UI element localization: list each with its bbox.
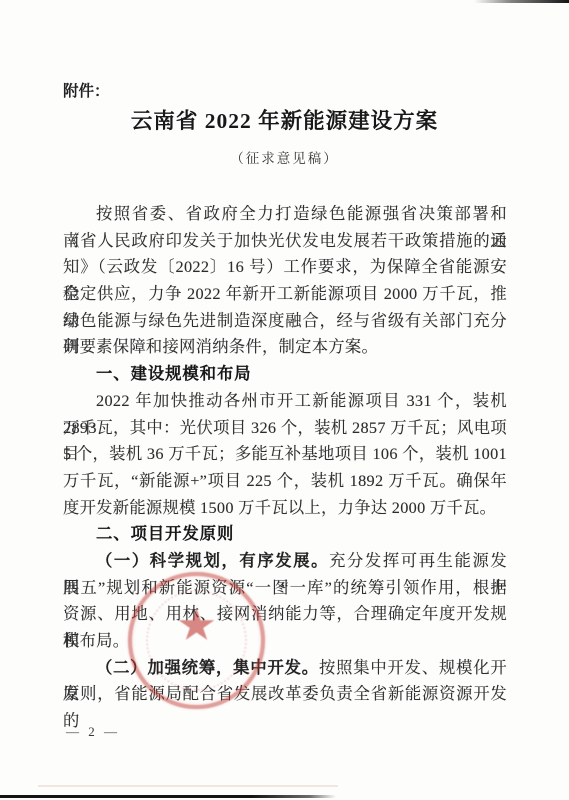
scan-artifact-top-right bbox=[474, 0, 569, 3]
paragraph-line: 按照省委、省政府全力打造绿色能源强省决策部署和《云 bbox=[63, 201, 507, 228]
paragraph-line: 判要素保障和接网消纳条件，制定本方案。 bbox=[63, 334, 507, 361]
paragraph-line: 四五”规划和新能源资源“一图一库”的统筹引领作用，根据 bbox=[63, 575, 507, 602]
document-body: 按照省委、省政府全力打造绿色能源强省决策部署和《云 南省人民政府印发关于加快光伏… bbox=[63, 201, 507, 708]
scan-artifact-bottom-line bbox=[0, 795, 336, 798]
section-heading-1: 一、建设规模和布局 bbox=[63, 361, 507, 388]
paragraph-line: 和布局。 bbox=[63, 628, 507, 655]
scan-artifact-smudge bbox=[38, 785, 338, 787]
document-title: 云南省 2022 年新能源建设方案 bbox=[0, 104, 569, 135]
paragraph-line: 2022 年加快推动各州市开工新能源项目 331 个，装机 2893 bbox=[63, 388, 507, 415]
paragraph-line: 万千瓦，“新能源+”项目 225 个，装机 1892 万千瓦。确保年 bbox=[63, 468, 507, 495]
paragraph-lead-bold: （一）科学规划，有序发展。 bbox=[96, 551, 329, 570]
paragraph-line: 稳定供应，力争 2022 年新开工新能源项目 2000 万千瓦，推动 bbox=[63, 281, 507, 308]
section-heading-2: 二、项目开发原则 bbox=[63, 521, 507, 548]
paragraph-line: （二）加强统筹，集中开发。按照集中开发、规模化开发 bbox=[63, 655, 507, 682]
scanned-document-page: 附件： 云南省 2022 年新能源建设方案 （征求意见稿） 按照省委、省政府全力… bbox=[0, 0, 569, 800]
attachment-label: 附件： bbox=[63, 79, 110, 101]
paragraph-line: 绿色能源与绿色先进制造深度融合，经与省级有关部门充分研 bbox=[63, 308, 507, 335]
document-subtitle: （征求意见稿） bbox=[0, 147, 569, 167]
paragraph-line: 万千瓦，其中：光伏项目 326 个，装机 2857 万千瓦；风电项目 bbox=[63, 415, 507, 442]
paragraph-line: 资源、用地、用林、接网消纳能力等，合理确定年度开发规模 bbox=[63, 601, 507, 628]
paragraph-line: （一）科学规划，有序发展。充分发挥可再生能源发展“十 bbox=[63, 548, 507, 575]
paragraph-line: 5 个，装机 36 万千瓦；多能互补基地项目 106 个，装机 1001 bbox=[63, 441, 507, 468]
paragraph-line: 南省人民政府印发关于加快光伏发电发展若干政策措施的通 bbox=[63, 228, 507, 255]
paragraph-line: 度开发新能源规模 1500 万千瓦以上，力争达 2000 万千瓦。 bbox=[63, 495, 507, 522]
page-number: — 2 — bbox=[66, 724, 120, 740]
paragraph-line: 原则，省能源局配合省发展改革委负责全省新能源资源开发的 bbox=[63, 681, 507, 708]
paragraph-line: 知》（云政发〔2022〕16 号）工作要求，为保障全省能源安全 bbox=[63, 254, 507, 281]
paragraph-lead-bold: （二）加强统筹，集中开发。 bbox=[96, 658, 319, 677]
